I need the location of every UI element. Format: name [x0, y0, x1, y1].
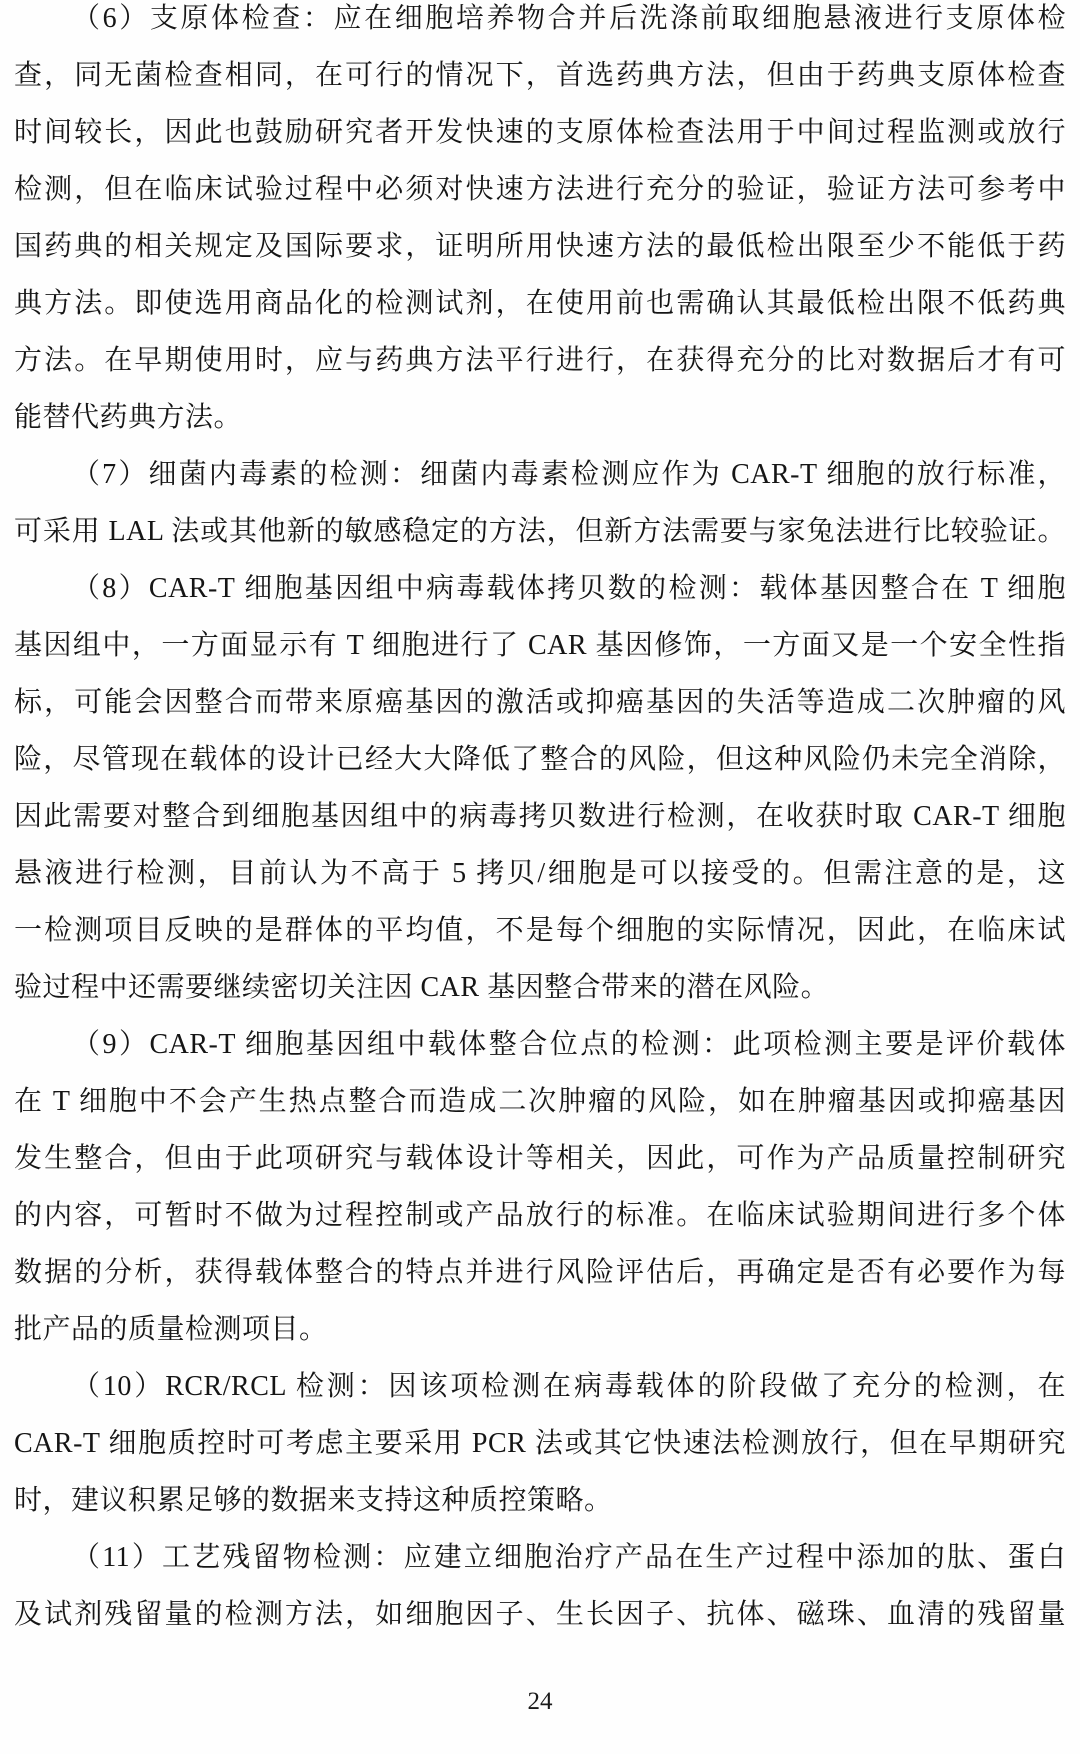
- text-line: 发生整合，但由于此项研究与载体设计等相关，因此，可作为产品质量控制研究: [14, 1130, 1066, 1187]
- text-line: 检测，但在临床试验过程中必须对快速方法进行充分的验证，验证方法可参考中: [14, 161, 1066, 218]
- text-line: CAR-T 细胞质控时可考虑主要采用 PCR 法或其它快速法检测放行，但在早期研…: [14, 1415, 1066, 1472]
- text-line: 及试剂残留量的检测方法，如细胞因子、生长因子、抗体、磁珠、血清的残留量: [14, 1586, 1066, 1643]
- text-line: （7）细菌内毒素的检测：细菌内毒素检测应作为 CAR-T 细胞的放行标准，: [14, 446, 1066, 503]
- text-line: 数据的分析，获得载体整合的特点并进行风险评估后，再确定是否有必要作为每: [14, 1244, 1066, 1301]
- text-line: 可采用 LAL 法或其他新的敏感稳定的方法，但新方法需要与家兔法进行比较验证。: [14, 503, 1066, 560]
- text-line: 方法。在早期使用时，应与药典方法平行进行，在获得充分的比对数据后才有可: [14, 332, 1066, 389]
- text-line: 时，建议积累足够的数据来支持这种质控策略。: [14, 1472, 1066, 1529]
- text-line: 一检测项目反映的是群体的平均值，不是每个细胞的实际情况，因此，在临床试: [14, 902, 1066, 959]
- text-line: 时间较长，因此也鼓励研究者开发快速的支原体检查法用于中间过程监测或放行: [14, 104, 1066, 161]
- text-line: 批产品的质量检测项目。: [14, 1301, 1066, 1358]
- text-line: 验过程中还需要继续密切关注因 CAR 基因整合带来的潜在风险。: [14, 959, 1066, 1016]
- text-line: 悬液进行检测，目前认为不高于 5 拷贝/细胞是可以接受的。但需注意的是，这: [14, 845, 1066, 902]
- text-line: 险，尽管现在载体的设计已经大大降低了整合的风险，但这种风险仍未完全消除，: [14, 731, 1066, 788]
- document-page: （6）支原体检查：应在细胞培养物合并后洗涤前取细胞悬液进行支原体检 查，同无菌检…: [0, 0, 1080, 1754]
- text-line: 国药典的相关规定及国际要求，证明所用快速方法的最低检出限至少不能低于药: [14, 218, 1066, 275]
- text-line: 能替代药典方法。: [14, 389, 1066, 446]
- text-line: （11）工艺残留物检测：应建立细胞治疗产品在生产过程中添加的肽、蛋白: [14, 1529, 1066, 1586]
- text-line: 查，同无菌检查相同，在可行的情况下，首选药典方法，但由于药典支原体检查: [14, 47, 1066, 104]
- body-text: （6）支原体检查：应在细胞培养物合并后洗涤前取细胞悬液进行支原体检 查，同无菌检…: [14, 0, 1066, 1643]
- text-line: 标，可能会因整合而带来原癌基因的激活或抑癌基因的失活等造成二次肿瘤的风: [14, 674, 1066, 731]
- text-line: （9）CAR-T 细胞基因组中载体整合位点的检测：此项检测主要是评价载体: [14, 1016, 1066, 1073]
- text-line: （6）支原体检查：应在细胞培养物合并后洗涤前取细胞悬液进行支原体检: [14, 0, 1066, 47]
- text-line: 在 T 细胞中不会产生热点整合而造成二次肿瘤的风险，如在肿瘤基因或抑癌基因: [14, 1073, 1066, 1130]
- page-number: 24: [0, 1688, 1080, 1716]
- text-line: （10）RCR/RCL 检测：因该项检测在病毒载体的阶段做了充分的检测，在: [14, 1358, 1066, 1415]
- text-line: 的内容，可暂时不做为过程控制或产品放行的标准。在临床试验期间进行多个体: [14, 1187, 1066, 1244]
- text-line: 典方法。即使选用商品化的检测试剂，在使用前也需确认其最低检出限不低药典: [14, 275, 1066, 332]
- text-line: 基因组中，一方面显示有 T 细胞进行了 CAR 基因修饰，一方面又是一个安全性指: [14, 617, 1066, 674]
- text-line: 因此需要对整合到细胞基因组中的病毒拷贝数进行检测，在收获时取 CAR-T 细胞: [14, 788, 1066, 845]
- text-line: （8）CAR-T 细胞基因组中病毒载体拷贝数的检测：载体基因整合在 T 细胞: [14, 560, 1066, 617]
